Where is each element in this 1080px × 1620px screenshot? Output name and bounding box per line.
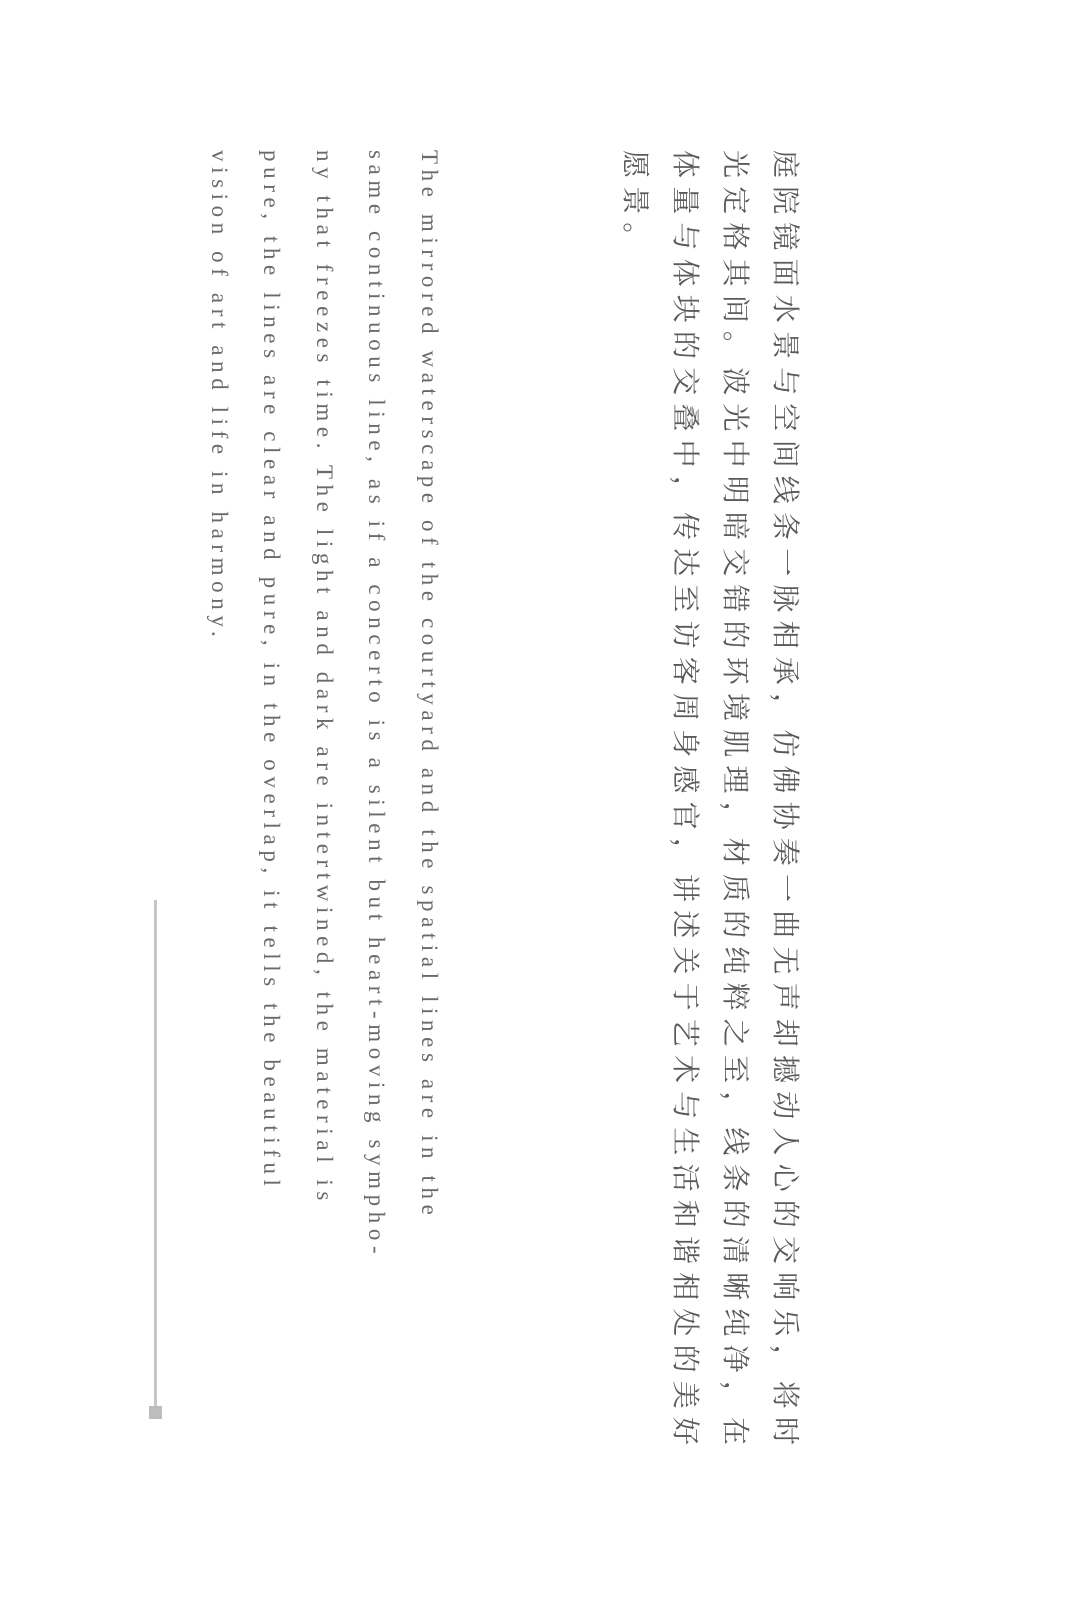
decorative-divider-line [154, 900, 157, 1412]
chinese-line-2: 光定格其间。波光中明暗交错的环境肌理，材质的纯粹之至，线条的清晰纯净，在 [710, 150, 760, 1430]
chinese-line-4: 愿景。 [610, 150, 660, 1430]
chinese-line-1: 庭院镜面水景与空间线条一脉相承，仿佛协奏一曲无声却撼动人心的交响乐，将时 [760, 150, 810, 1430]
rotated-page: 庭院镜面水景与空间线条一脉相承，仿佛协奏一曲无声却撼动人心的交响乐，将时 光定格… [0, 0, 1080, 1620]
chinese-line-3: 体量与体块的交叠中，传达至访客周身感官，讲述关于艺术与生活和谐相处的美好 [660, 150, 710, 1430]
english-line-2: same continuous line, as if a concerto i… [350, 150, 403, 1450]
english-line-3: ny that freezes time. The light and dark… [298, 150, 351, 1450]
english-paragraph: The mirrored waterscape of the courtyard… [193, 150, 456, 1450]
square-marker-icon [149, 1406, 162, 1419]
english-line-4: pure, the lines are clear and pure, in t… [245, 150, 298, 1450]
english-line-5: vision of art and life in harmony. [193, 150, 246, 1450]
chinese-paragraph: 庭院镜面水景与空间线条一脉相承，仿佛协奏一曲无声却撼动人心的交响乐，将时 光定格… [610, 150, 810, 1430]
english-line-1: The mirrored waterscape of the courtyard… [403, 150, 456, 1450]
